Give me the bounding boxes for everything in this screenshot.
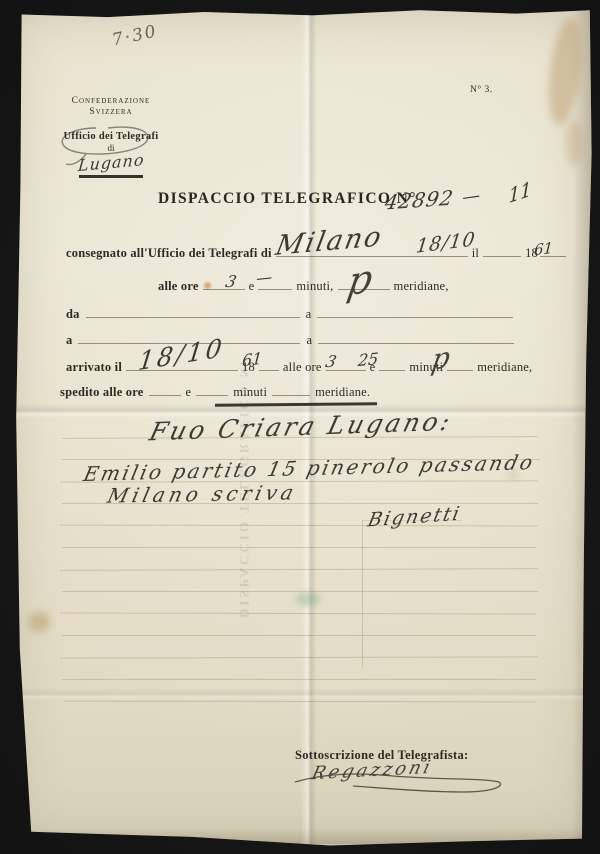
ruled-line [62, 679, 536, 680]
title-dash-handwritten: — [461, 185, 482, 208]
letterhead-country-line2: Svizzera [56, 107, 166, 118]
blank-spedito-hours [149, 383, 181, 396]
blank-arrivato-minutes [379, 358, 405, 371]
blank-date [483, 244, 521, 257]
row-ore-label-meridiane: meridiane, [394, 279, 449, 294]
fold-crease-horizontal-lower [14, 688, 588, 700]
blank-arrivato-meridiane [447, 358, 473, 371]
row-ore: alle ore e minuti, meridiane, [158, 277, 449, 294]
ink-smudge-green [296, 592, 320, 606]
hand-arrivato-minutes: 25 [357, 349, 379, 370]
document-paper: DISPACCIO TELEGRAFICO N. 7·30 N° 3. Conf… [0, 0, 600, 854]
row-arrivato-label: arrivato il [66, 360, 122, 375]
row-arrivato-label-meridiane: meridiane, [477, 360, 532, 375]
row-a-label2: a [306, 333, 312, 348]
row-consegnato-label: consegnato all'Ufficio dei Telegrafi di [66, 246, 272, 261]
row-ore-label-e: e [249, 279, 255, 294]
row-spedito-label-meridiane: meridiane. [315, 385, 370, 400]
row-da-label-a: a [306, 307, 312, 322]
bleed-through-table-line [362, 520, 363, 668]
foxing-stain [28, 612, 50, 632]
letterhead-underline-bar [79, 175, 143, 178]
blank-spedito-minutes [196, 383, 228, 396]
photo-background: { "document_type": "telegraph-dispatch-f… [0, 0, 600, 854]
row-a-label1: a [66, 333, 72, 348]
title-printed: DISPACCIO TELEGRAFICO N° [158, 190, 417, 208]
letterhead-country-line1: Confederazione [56, 96, 166, 107]
ruled-line [60, 568, 538, 571]
title-secondary-number-handwritten: 11 [509, 178, 532, 209]
row-da-label: da [66, 307, 80, 322]
row-spedito-label-e: e [186, 385, 192, 400]
paper-edge-shadow-bottom [16, 828, 588, 844]
blank-a-to [318, 331, 514, 344]
hand-minutes-dash: — [255, 267, 273, 288]
blank-da-to [317, 305, 513, 318]
title-row: DISPACCIO TELEGRAFICO N° [158, 190, 417, 208]
blank-spedito-meridiane [272, 383, 310, 396]
hand-meridiane-p: p [344, 255, 376, 305]
handwritten-oval-flourish [56, 120, 160, 168]
ruled-line [60, 656, 538, 658]
row-spedito-label: spedito alle ore [60, 385, 144, 400]
hand-arrivato-year: 61 [241, 348, 263, 370]
message-sender-signature: Bignetti [366, 503, 464, 532]
title-number-handwritten: 42892 [383, 185, 456, 214]
row-arrivato: arrivato il 18 alle ore e minuti meridia… [66, 358, 532, 375]
ruled-line [62, 547, 536, 548]
ruled-line [64, 701, 536, 703]
row-da: da a [66, 305, 536, 322]
row-spedito-label-minuti: minuti [233, 385, 267, 400]
row-spedito: spedito alle ore e minuti meridiane. [60, 383, 370, 400]
signature-flourish [293, 764, 509, 800]
message-body-line2: Milano scriva [105, 480, 300, 507]
row-arrivato-label-alle-ore: alle ore [283, 360, 322, 375]
blank-da-from [86, 305, 300, 318]
foxing-stain [566, 120, 582, 166]
ruled-line [62, 635, 536, 636]
row-ore-label-alle-ore: alle ore [158, 279, 199, 294]
row-ore-label-minuti: minuti, [296, 279, 333, 294]
pencil-note: 7·30 [110, 21, 159, 50]
form-number: N° 3. [470, 85, 493, 95]
hand-year-consegnato: 61 [533, 238, 553, 259]
row-a: a a [66, 331, 536, 348]
ruled-line [60, 613, 536, 615]
ruled-line [60, 525, 538, 527]
ruled-line [62, 591, 538, 592]
